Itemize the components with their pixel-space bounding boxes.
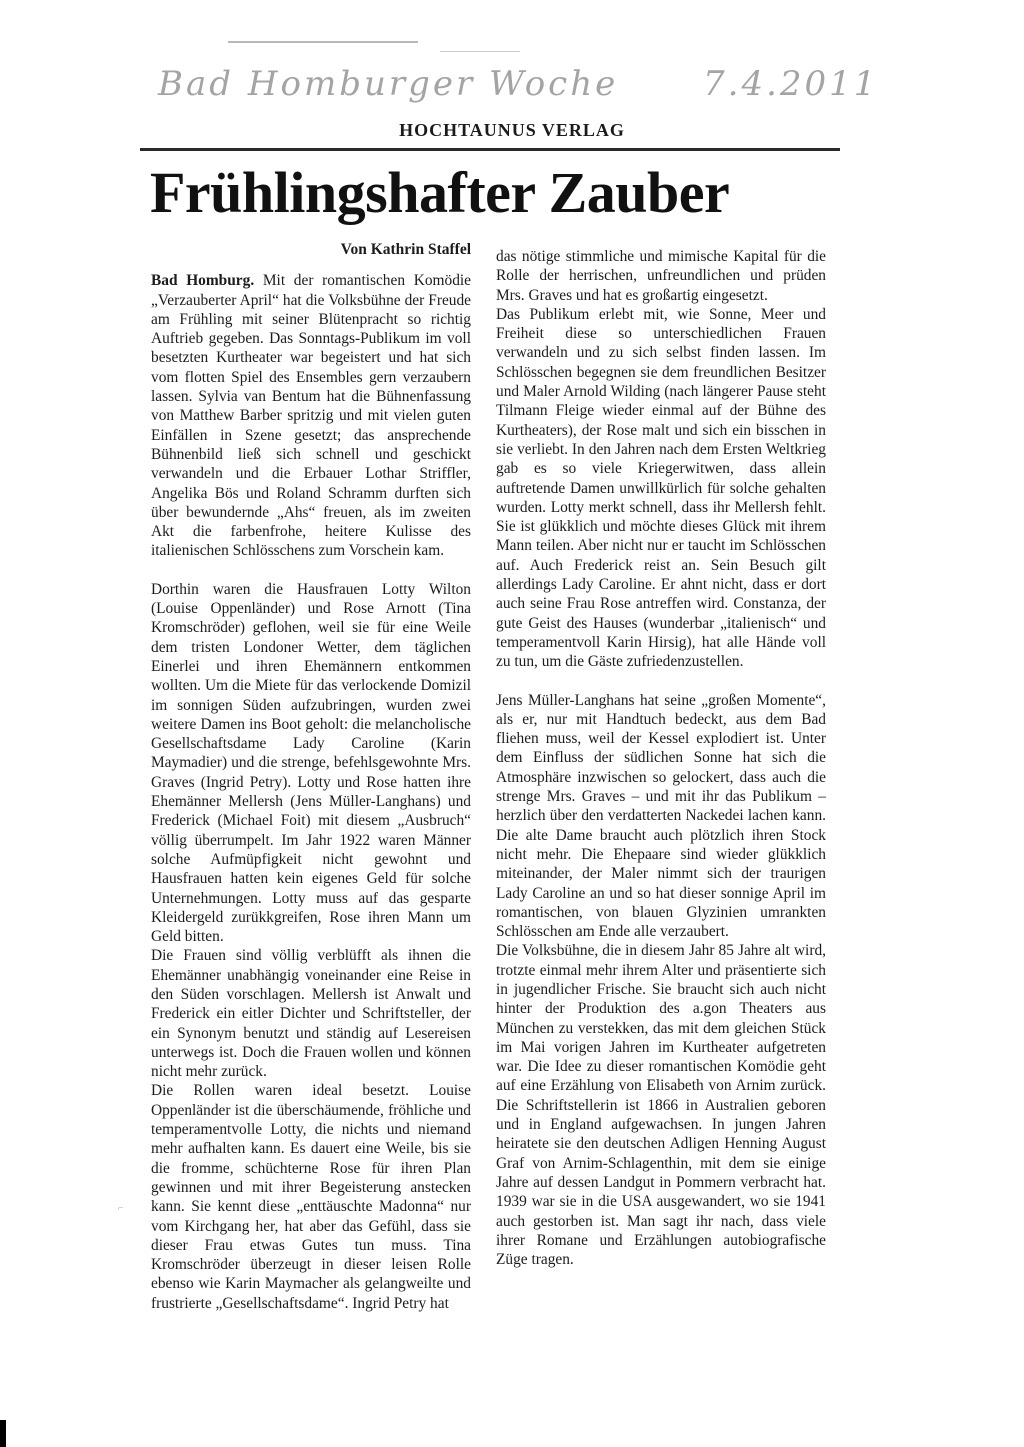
- publisher-name: HOCHTAUNUS VERLAG: [0, 120, 1024, 141]
- article-paragraph: Die Frauen sind völlig verblüfft als ihn…: [151, 946, 471, 1081]
- handwritten-source-note: Bad Homburger Woche 7.4.2011: [158, 64, 848, 104]
- scan-edge-mark: [0, 1420, 6, 1447]
- article-paragraph: Das Publikum erlebt mit, wie Sonne, Meer…: [496, 305, 826, 672]
- article-paragraph: Dorthin waren die Hausfrauen Lotty Wilto…: [151, 580, 471, 947]
- article-paragraph: Die Volksbühne, die in diesem Jahr 85 Ja…: [496, 941, 826, 1269]
- handwritten-source: Bad Homburger Woche: [158, 64, 618, 104]
- scan-artifact-line: [440, 51, 520, 52]
- article-column-left: Von Kathrin Staffel Bad Homburg. Mit der…: [151, 240, 471, 1313]
- byline: Von Kathrin Staffel: [151, 240, 471, 259]
- paragraph-text: Mit der romantischen Komödie „Verzaubert…: [151, 272, 471, 559]
- article-paragraph: Die Rollen waren ideal besetzt. Louise O…: [151, 1081, 471, 1313]
- article-column-right: das nötige stimmliche und mimische Kapit…: [496, 247, 826, 1269]
- scan-artifact-line: [228, 41, 418, 43]
- margin-mark: ⌐: [118, 1203, 126, 1211]
- dateline: Bad Homburg.: [151, 272, 254, 289]
- handwritten-date: 7.4.2011: [703, 64, 878, 104]
- article-paragraph: das nötige stimmliche und mimische Kapit…: [496, 247, 826, 305]
- article-paragraph: Jens Müller-Langhans hat seine „großen M…: [496, 691, 826, 942]
- header-rule: [140, 148, 840, 151]
- article-paragraph: Bad Homburg. Mit der romantischen Komödi…: [151, 271, 471, 560]
- article-headline: Frühlingshafter Zauber: [150, 160, 729, 226]
